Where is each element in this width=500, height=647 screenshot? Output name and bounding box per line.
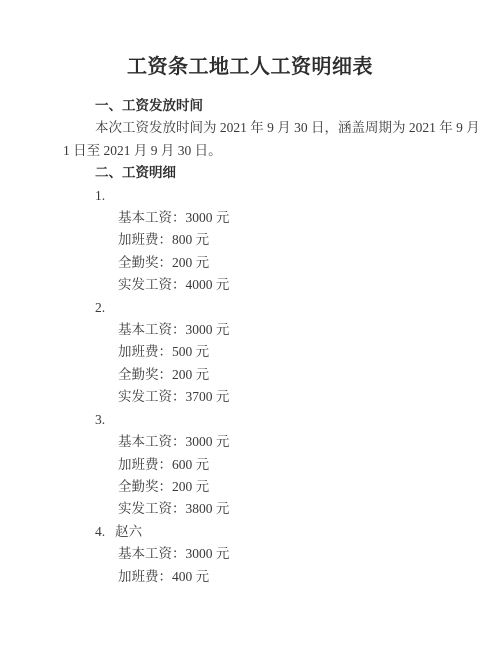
salary-entry-4: 4.赵六 基本工资：3000 元 加班费：400 元 [63, 521, 470, 588]
salary-line-overtime: 加班费：800 元 [63, 229, 470, 251]
entry-number: 1. [95, 188, 105, 203]
salary-line-basic: 基本工资：3000 元 [63, 207, 470, 229]
salary-line-overtime: 加班费：500 元 [63, 341, 470, 363]
salary-line-net-pay: 实发工资：4000 元 [63, 274, 470, 296]
salary-line-basic: 基本工资：3000 元 [63, 431, 470, 453]
entry-worker-name: 赵六 [115, 524, 142, 539]
salary-entry-3: 3. 基本工资：3000 元 加班费：600 元 全勤奖：200 元 实发工资：… [63, 409, 470, 521]
salary-line-basic: 基本工资：3000 元 [63, 543, 470, 565]
salary-line-overtime: 加班费：600 元 [63, 454, 470, 476]
salary-line-attendance-bonus: 全勤奖：200 元 [63, 252, 470, 274]
salary-line-basic: 基本工资：3000 元 [63, 319, 470, 341]
salary-line-net-pay: 实发工资：3700 元 [63, 386, 470, 408]
entry-number: 3. [95, 412, 105, 427]
salary-entry-1: 1. 基本工资：3000 元 加班费：800 元 全勤奖：200 元 实发工资：… [63, 185, 470, 297]
salary-line-attendance-bonus: 全勤奖：200 元 [63, 364, 470, 386]
document-body: 一、工资发放时间 本次工资发放时间为 2021 年 9 月 30 日，涵盖周期为… [63, 95, 470, 588]
section-heading-salary-detail: 二、工资明细 [63, 162, 470, 184]
salary-line-overtime: 加班费：400 元 [63, 566, 470, 588]
section-heading-payment-time: 一、工资发放时间 [63, 95, 470, 117]
payment-time-paragraph-line1: 本次工资发放时间为 2021 年 9 月 30 日，涵盖周期为 2021 年 9… [63, 117, 470, 139]
payment-time-paragraph-line2: 1 日至 2021 月 9 月 30 日。 [63, 140, 470, 162]
document-title: 工资条工地工人工资明细表 [0, 52, 500, 82]
salary-line-attendance-bonus: 全勤奖：200 元 [63, 476, 470, 498]
document-page: 工资条工地工人工资明细表 一、工资发放时间 本次工资发放时间为 2021 年 9… [0, 0, 500, 647]
entry-number: 4. [95, 524, 105, 539]
entry-number: 2. [95, 300, 105, 315]
salary-entry-2: 2. 基本工资：3000 元 加班费：500 元 全勤奖：200 元 实发工资：… [63, 297, 470, 409]
salary-line-net-pay: 实发工资：3800 元 [63, 498, 470, 520]
